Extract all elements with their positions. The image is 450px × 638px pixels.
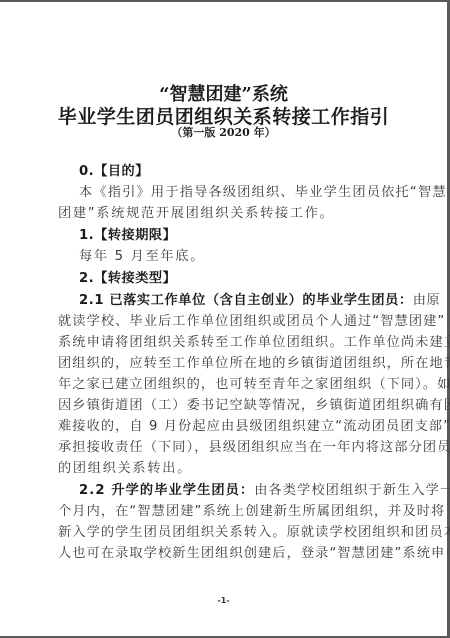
body-line: 团建”系统规范开展团组织关系转接工作。 <box>58 206 394 222</box>
section-heading-purpose: 0.【目的】 <box>79 164 415 180</box>
document-subtitle: （第一版 2020 年） <box>0 124 447 140</box>
document-page: “智慧团建”系统 毕业学生团员团组织关系转接工作指引 （第一版 2020 年） … <box>0 2 447 636</box>
page-number: -1- <box>0 596 447 605</box>
body-line: 难接收的，自 9 月份起应由县级团组织建立“流动团员团支部” <box>58 419 394 435</box>
subsection-label-2-1: 2.1 已落实工作单位（含自主创业）的毕业学生团员： <box>79 293 413 308</box>
body-line: 系统申请将团组织关系转至工作单位团组织。工作单位尚未建立 <box>58 335 394 351</box>
subsection-2-1-first-line: 2.1 已落实工作单位（含自主创业）的毕业学生团员：由原 <box>79 293 415 309</box>
body-line: 本《指引》用于指导各级团组织、毕业学生团员依托“智慧 <box>79 185 394 201</box>
body-text: 由各类学校团组织于新生入学一 <box>254 483 450 498</box>
body-line: 因乡镇街道团（工）委书记空缺等情况，乡镇街道团组织确有困 <box>58 398 394 414</box>
subsection-label-2-2: 2.2 升学的毕业学生团员： <box>79 483 254 498</box>
subsection-2-2-first-line: 2.2 升学的毕业学生团员：由各类学校团组织于新生入学一 <box>79 483 415 499</box>
body-line: 就读学校、毕业后工作单位团组织或团员个人通过“智慧团建” <box>58 314 394 330</box>
body-line: 新入学的学生团员团组织关系转入。原就读学校团组织和团员本 <box>58 525 394 541</box>
body-text: 由原 <box>413 293 441 308</box>
body-line: 团组织的，应转至工作单位所在地的乡镇街道团组织，所在地青 <box>58 356 394 372</box>
body-line: 每年 5 月至年底。 <box>79 249 415 265</box>
body-line: 承担接收责任（下同），县级团组织应当在一年内将这部分团员 <box>58 440 394 456</box>
body-line: 年之家已建立团组织的，也可转至青年之家团组织（下同）。如 <box>58 377 394 393</box>
body-line: 人也可在录取学校新生团组织创建后，登录“智慧团建”系统申 <box>58 546 394 562</box>
section-heading-types: 2.【转接类型】 <box>79 271 415 287</box>
body-line: 个月内，在“智慧团建”系统上创建新生所属团组织，并及时将 <box>58 504 394 520</box>
section-heading-period: 1.【转接期限】 <box>79 228 415 244</box>
body-line: 的团组织关系转出。 <box>58 461 394 477</box>
